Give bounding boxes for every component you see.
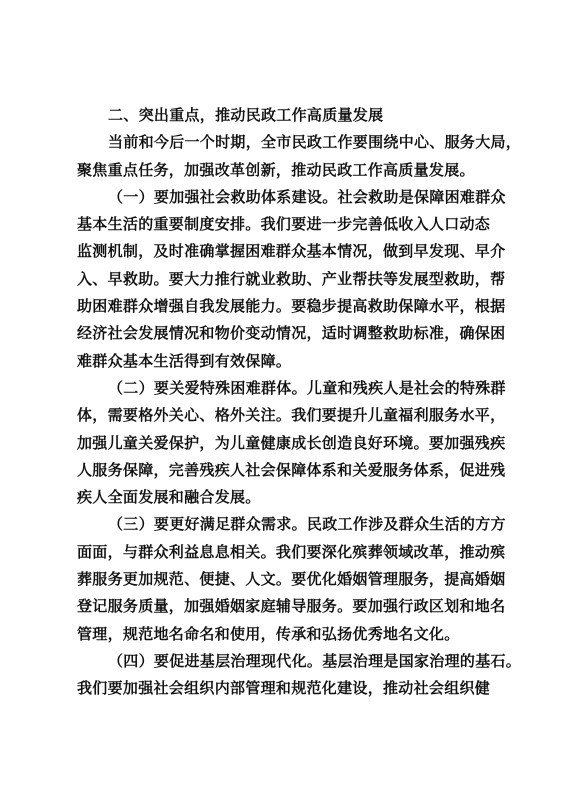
paragraph-line: 当前和今后一个时期，全市民政工作要围绕中心、服务大局， [77,129,501,156]
document-body: 二、突出重点，推动民政工作高质量发展 当前和今后一个时期，全市民政工作要围绕中心… [77,102,501,703]
paragraph-line: （二）要关爱特殊困难群体。儿童和残疾人是社会的特殊群 [77,375,501,402]
paragraph-line: 聚焦重点任务，加强改革创新，推动民政工作高质量发展。 [77,157,501,184]
paragraph-line: 疾人全面发展和融合发展。 [77,484,501,511]
paragraph-line: 我们要加强社会组织内部管理和规范化建设，推动社会组织健 [77,675,501,702]
paragraph-line: 难群众基本生活得到有效保障。 [77,348,501,375]
paragraph-line: 加强儿童关爱保护，为儿童健康成长创造良好环境。要加强残疾 [77,430,501,457]
paragraph-line: 基本生活的重要制度安排。我们要进一步完善低收入人口动态 [77,211,501,238]
paragraph-section-1: （一）要加强社会救助体系建设。社会救助是保障困难群众 基本生活的重要制度安排。我… [77,184,501,375]
paragraph-section-4: （四）要促进基层治理现代化。基层治理是国家治理的基石。 我们要加强社会组织内部管… [77,648,501,703]
paragraph-line: 入、早救助。要大力推行就业救助、产业帮扶等发展型救助，帮 [77,266,501,293]
paragraph-line: 管理，规范地名命名和使用，传承和弘扬优秀地名文化。 [77,621,501,648]
document-page: 二、突出重点，推动民政工作高质量发展 当前和今后一个时期，全市民政工作要围绕中心… [0,0,570,807]
paragraph-line: 人服务保障，完善残疾人社会保障体系和关爱服务体系，促进残 [77,457,501,484]
paragraph-line: 葬服务更加规范、便捷、人文。要优化婚姻管理服务，提高婚姻 [77,566,501,593]
section-heading: 二、突出重点，推动民政工作高质量发展 [77,102,501,129]
paragraph-line: （四）要促进基层治理现代化。基层治理是国家治理的基石。 [77,648,501,675]
paragraph-section-3: （三）要更好满足群众需求。民政工作涉及群众生活的方方 面面，与群众利益息息相关。… [77,511,501,647]
paragraph-line: 经济社会发展情况和物价变动情况，适时调整救助标准，确保困 [77,320,501,347]
paragraph-line: 助困难群众增强自我发展能力。要稳步提高救助保障水平，根据 [77,293,501,320]
paragraph-line: （一）要加强社会救助体系建设。社会救助是保障困难群众 [77,184,501,211]
paragraph-line: 监测机制，及时准确掌握困难群众基本情况，做到早发现、早介 [77,238,501,265]
paragraph-section-2: （二）要关爱特殊困难群体。儿童和残疾人是社会的特殊群 体，需要格外关心、格外关注… [77,375,501,511]
paragraph-intro: 当前和今后一个时期，全市民政工作要围绕中心、服务大局， 聚焦重点任务，加强改革创… [77,129,501,184]
paragraph-line: 体，需要格外关心、格外关注。我们要提升儿童福利服务水平， [77,402,501,429]
paragraph-line: 面面，与群众利益息息相关。我们要深化殡葬领域改革，推动殡 [77,539,501,566]
paragraph-line: （三）要更好满足群众需求。民政工作涉及群众生活的方方 [77,511,501,538]
paragraph-line: 登记服务质量，加强婚姻家庭辅导服务。要加强行政区划和地名 [77,593,501,620]
